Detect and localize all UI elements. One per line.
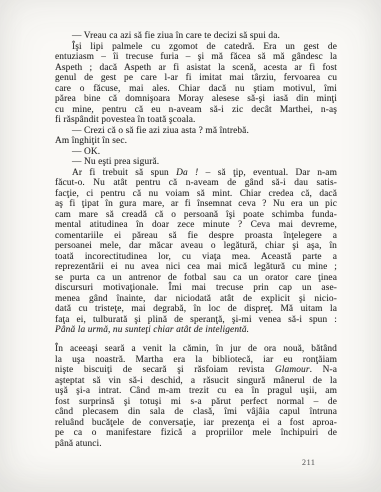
text-line: aşteptat să vin să-i deschid, a răsucit … (55, 376, 337, 387)
text-segment: persoanei mele, dar măcar aveau o legătu… (55, 241, 337, 251)
text-segment: — OK. (72, 147, 100, 157)
text-line: fost surprinsă şi totuşi mi s-a părut pe… (55, 397, 337, 408)
text-line: toată incorectitudinea lor, cu viaţa mea… (55, 252, 337, 263)
text-line: — Nu eşti prea sigură. (55, 157, 337, 168)
text-line: În aceeaşi seară a venit la cămin, în ju… (55, 344, 337, 355)
text-segment: părea bine că domnişoara Moray alesese s… (55, 94, 337, 104)
italic-text-segment: Da ! (176, 168, 198, 178)
text-segment: pe ca o manifestare fizică a propriilor … (55, 428, 337, 438)
text-line: pe ca o manifestare fizică a propriilor … (55, 428, 337, 439)
book-page: { "page": { "number": "211", "background… (0, 0, 381, 492)
text-segment: comentariile ei păreau să fie despre pro… (55, 231, 337, 241)
text-line: genul de gest pe care l-ar fi imitat mai… (55, 73, 337, 84)
text-segment: Am înghiţit în sec. (55, 136, 127, 146)
text-line: entuziasm – îi trecuse furia – şi mă făc… (55, 52, 337, 63)
paragraph: — Crezi că o să fie azi ziua asta ? mă î… (55, 126, 337, 137)
text-segment: cu mine, pentru că eu n-aveam să-i zic d… (55, 105, 337, 115)
text-segment: faţa ei, tulburată şi plină de speranţă,… (55, 315, 337, 325)
text-line: dată cu tristeţe, mai degrabă, în loc de… (55, 304, 337, 315)
text-segment: discursuri motivaţionale. Îmi mai trecus… (55, 283, 337, 293)
text-line: Îşi lipi palmele cu zgomot de catedră. E… (55, 42, 337, 53)
paragraph: Ar fi trebuit să spun Da ! – să ţip, eve… (55, 168, 337, 336)
text-line: când plecasem din sala de clasă, îmi vâj… (55, 407, 337, 418)
paragraph: Îşi lipi palmele cu zgomot de catedră. E… (55, 42, 337, 126)
text-line: comentariile ei păreau să fie despre pro… (55, 231, 337, 242)
text-segment: până atunci. (55, 439, 102, 449)
text-segment: fi răspândit povestea în toată şcoala. (55, 115, 195, 125)
text-segment: aşteptat să vin să-i deschid, a răsucit … (55, 376, 337, 386)
paragraph: — Vreau ca azi să fie ziua în care te de… (55, 31, 337, 42)
text-line: facţie, ci pentru că nu voiam să mint. C… (55, 189, 337, 200)
text-segment: uşă şi-a intrat. Când m-am trezit cu ea … (55, 386, 337, 396)
text-segment: care o făcuse, mai ales. Chiar dacă nu ş… (55, 84, 337, 94)
text-segment: reprezentării ei nu avea nici cea mai mi… (55, 262, 337, 272)
text-segment: făcut-o. Nu atât pentru că n-aveam de gâ… (55, 178, 337, 188)
text-line: Am înghiţit în sec. (55, 136, 337, 147)
text-segment: aş fi ţipat în gura mare, ar fi însemnat… (55, 199, 337, 209)
text-line: mental atitudinea în doar zece minute ? … (55, 220, 337, 231)
text-line: care o făcuse, mai ales. Chiar dacă nu ş… (55, 84, 337, 95)
text-line: cam mare să creadă că o persoană îşi poa… (55, 210, 337, 221)
text-segment: facţie, ci pentru că nu voiam să mint. C… (55, 189, 337, 199)
text-line: fi răspândit povestea în toată şcoala. (55, 115, 337, 126)
text-segment: nişte biscuiţi de secară şi răsfoiam rev… (55, 365, 275, 375)
text-line: — Crezi că o să fie azi ziua asta ? mă î… (55, 126, 337, 137)
text-line: persoanei mele, dar măcar aveau o legătu… (55, 241, 337, 252)
text-segment: la uşa noastră. Martha era la bibliotecă… (55, 355, 337, 365)
text-line: uşă şi-a intrat. Când m-am trezit cu ea … (55, 386, 337, 397)
italic-text-segment: Până la urmă, nu sunteţi chiar atât de i… (55, 325, 249, 335)
text-segment: cam mare să creadă că o persoană îşi poa… (55, 210, 337, 220)
italic-text-segment: Glamour (275, 365, 310, 375)
text-segment: când plecasem din sala de clasă, îmi vâj… (55, 407, 337, 417)
text-line: se purta ca un antrenor de fotbal sau ca… (55, 273, 337, 284)
text-line: — Vreau ca azi să fie ziua în care te de… (55, 31, 337, 42)
text-line: — OK. (55, 147, 337, 158)
paragraph: Am înghiţit în sec. (55, 136, 337, 147)
text-segment: fost surprinsă şi totuşi mi s-a părut pe… (55, 397, 337, 407)
text-segment: entuziasm – îi trecuse furia – şi mă făc… (55, 52, 337, 62)
text-segment: genul de gest pe care l-ar fi imitat mai… (55, 73, 337, 83)
text-line: reluând bucăţele de conversaţie, iar pre… (55, 418, 337, 429)
text-segment: — Crezi că o să fie azi ziua asta ? mă î… (72, 126, 249, 136)
text-segment: — Vreau ca azi să fie ziua în care te de… (72, 31, 280, 41)
text-segment: mental atitudinea în doar zece minute ? … (55, 220, 337, 230)
paragraph: — Nu eşti prea sigură. (55, 157, 337, 168)
text-line: reprezentării ei nu avea nici cea mai mi… (55, 262, 337, 273)
text-segment: Ar fi trebuit să spun (72, 168, 176, 178)
text-line: Aspeth ; dacă Aspeth ar fi asistat la sc… (55, 63, 337, 74)
text-segment: În aceeaşi seară a venit la cămin, în ju… (55, 344, 337, 354)
paragraph: — OK. (55, 147, 337, 158)
text-line: părea bine că domnişoara Moray alesese s… (55, 94, 337, 105)
text-segment: . N-a (310, 365, 337, 375)
text-line: menea gând înainte, dar niciodată atât d… (55, 294, 337, 305)
text-segment: menea gând înainte, dar niciodată atât d… (55, 294, 337, 304)
text-line: cu mine, pentru că eu n-aveam să-i zic d… (55, 105, 337, 116)
text-line: făcut-o. Nu atât pentru că n-aveam de gâ… (55, 178, 337, 189)
text-line: Până la urmă, nu sunteţi chiar atât de i… (55, 325, 337, 336)
text-block: — Vreau ca azi să fie ziua în care te de… (55, 31, 337, 449)
text-line: faţa ei, tulburată şi plină de speranţă,… (55, 315, 337, 326)
text-segment: reluând bucăţele de conversaţie, iar pre… (55, 418, 337, 428)
paragraph: În aceeaşi seară a venit la cămin, în ju… (55, 344, 337, 449)
text-line: discursuri motivaţionale. Îmi mai trecus… (55, 283, 337, 294)
text-segment: Aspeth ; dacă Aspeth ar fi asistat la sc… (55, 63, 337, 73)
text-line: la uşa noastră. Martha era la bibliotecă… (55, 355, 337, 366)
page-number: 211 (302, 458, 316, 467)
text-segment: dată cu tristeţe, mai degrabă, în loc de… (55, 304, 337, 314)
text-segment: se purta ca un antrenor de fotbal sau ca… (55, 273, 337, 283)
text-line: până atunci. (55, 439, 337, 450)
text-line: Ar fi trebuit să spun Da ! – să ţip, eve… (55, 168, 337, 179)
text-segment: toată incorectitudinea lor, cu viaţa mea… (55, 252, 337, 262)
text-line: nişte biscuiţi de secară şi răsfoiam rev… (55, 365, 337, 376)
text-segment: – să ţip, eventual. Dar n-am (198, 168, 337, 178)
text-segment: — Nu eşti prea sigură. (72, 157, 159, 167)
text-segment: Îşi lipi palmele cu zgomot de catedră. E… (72, 42, 337, 52)
text-line: aş fi ţipat în gura mare, ar fi însemnat… (55, 199, 337, 210)
